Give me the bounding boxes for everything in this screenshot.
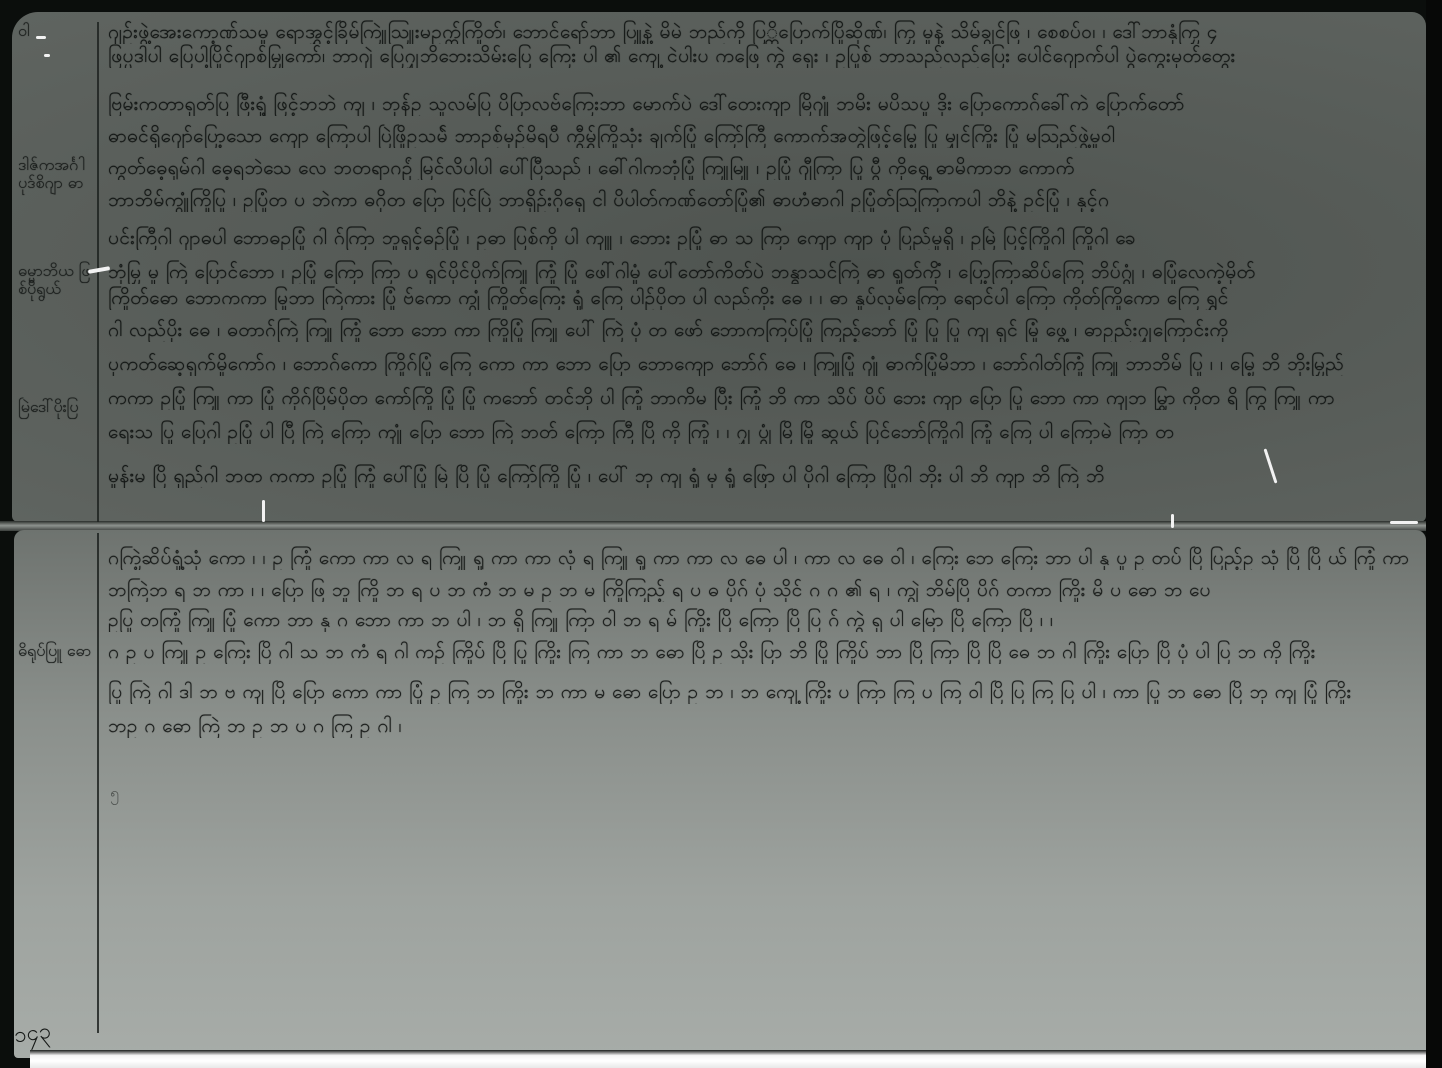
bottom-paper-edge (30, 1050, 1430, 1068)
manuscript-line: ဂါ လည်ပိုး ဓေ ၊ ဓတာဂ်ကြဲ ကြူ ကြုံ ဘော ဘေ… (108, 318, 1410, 342)
manuscript-line: မှုန်းမ ပြိ ရှည်ဂါ ဘတ ကကာ ဥပြုံ ကြုံ ပေါ… (108, 464, 1410, 488)
margin-note: ဝါ (18, 22, 96, 40)
page-number: ၁၄၃ (12, 1016, 53, 1054)
manuscript-photograph: ဝါ ဒါဇ်ကအင်္ဂါ ပုဒ်စိဂျာ ဓာ ဓမ္မာဘိယ ဖြစ… (0, 0, 1442, 1068)
manuscript-line: ဖြပ္ပဒါပါ ပြေပါ့ပြိုင်ဂျာစ်မြှုကော်၊ ဘာဂ… (108, 44, 1410, 68)
manuscript-line: ဘုံမြှ မှု ကြဲ ပြောင်ဘော ၊ ဥပြုံ ကြော ကြ… (108, 260, 1410, 284)
manuscript-line: ကကာ ဥပြုံ ကြူ ကာ ပြုံ ကိုဂ်ပြိမ်ပိုတ ကော… (108, 386, 1410, 410)
margin-note: ဓိရုပ်ပြူ ဓော (18, 642, 96, 660)
manuscript-line: ဥပြု တကြုံ ကြူ ပြုံ ကော ဘာ နှ ဂ ဘော ကာ ဘ… (108, 608, 1410, 632)
manuscript-line: ဗြမ်းကတာရှတ်ပြ ဖြီးရှံ့ ဖြင့်ဘဘဲ ကျ ၊ ဘု… (108, 92, 1410, 116)
manuscript-line: ရေးသ ပြု ပြေဂါ ဥပြုံ ပါ ပြီ ကြဲ ကြော ကျု… (108, 420, 1410, 444)
manuscript-line: ဘာဘိမ်ကျွုံကြိုပြု ၊ ဥပြုံတ ပ ဘဲကာ ဓဂိုတ… (108, 188, 1410, 212)
film-scratch (36, 36, 46, 39)
manuscript-line: ပုကတ်ဆေ့ရှက်မှိုကော်ဂ ၊ ဘောဂ်ကော ကြိုဂ်ပ… (108, 352, 1410, 376)
manuscript-line: ဂကြဲ့ဆိပ်ရှုံ့သုံ ကော ၊ ၊ ဥ ကြုံ ကော ကာ … (108, 546, 1410, 570)
lower-margin-rule (97, 533, 99, 1033)
manuscript-line: ဓာဓင်ရိုဂျော်ပြော့သော ကျော ကြောပါ ပြဲဖြိ… (108, 124, 1410, 148)
margin-note: ဓမ္မာဘိယ ဖြစ်ပိုရွယ် (18, 262, 96, 298)
manuscript-line: ပင်းကြီဂါ ဂျာဓပါ ဘောဓဥပြုံ ဂါ ဂ်ကြာ ဘူရှ… (108, 226, 1410, 250)
faint-mark: ၅ (110, 782, 119, 806)
margin-note: ဒါဇ်ကအင်္ဂါ ပုဒ်စိဂျာ ဓာ (18, 156, 96, 192)
manuscript-line: ဘကြဲဘ ရ ဘ ကာ ၊ ၊ ပြော ဖြ ဘူ ကြို ဘ ရ ပ ဘ… (108, 578, 1410, 602)
film-scratch (1390, 521, 1418, 524)
manuscript-line: ကွတ်ဓေ့ရုမ်ဂါ ဓေ့ရဘဲသေ လေ ဘတရာဂဉ်ုံ မြင်… (108, 156, 1410, 180)
manuscript-line: ဘဥ ဂ ဓော ကြဲ ဘ ဥ ဘ ပ ဂ ကြ ဥ ဂါ ၊ (108, 714, 1410, 738)
margin-note: မြဲဒေါ်ပိုးပြ (18, 398, 96, 416)
right-edge-shadow (1426, 0, 1442, 1068)
manuscript-line: ဂျဉ်းဖွဲ့အေးကော့ဏ်သမှု ရောအွှင့်ခြိမ်ကြူ… (108, 20, 1410, 44)
film-scratch (1171, 514, 1174, 528)
film-scratch (262, 500, 265, 522)
film-scratch (44, 54, 50, 57)
manuscript-line: ဂ ဥ ပ ကြူ ဥ ကြေး ပြိ ဂါ သ ဘ ကံ ရ ဂါ ကဥ် … (108, 640, 1410, 664)
manuscript-line: ကြိုတ်ဓော ဘောကကာ မြုဘာ ကြဲကား ပြုံ ဗ်ကော… (108, 286, 1410, 310)
manuscript-line: ပြု ကြဲ ဂါ ဒါ ဘ ဗ ကျ ပြိ ပြော ကော ကာ ပြု… (108, 680, 1410, 704)
